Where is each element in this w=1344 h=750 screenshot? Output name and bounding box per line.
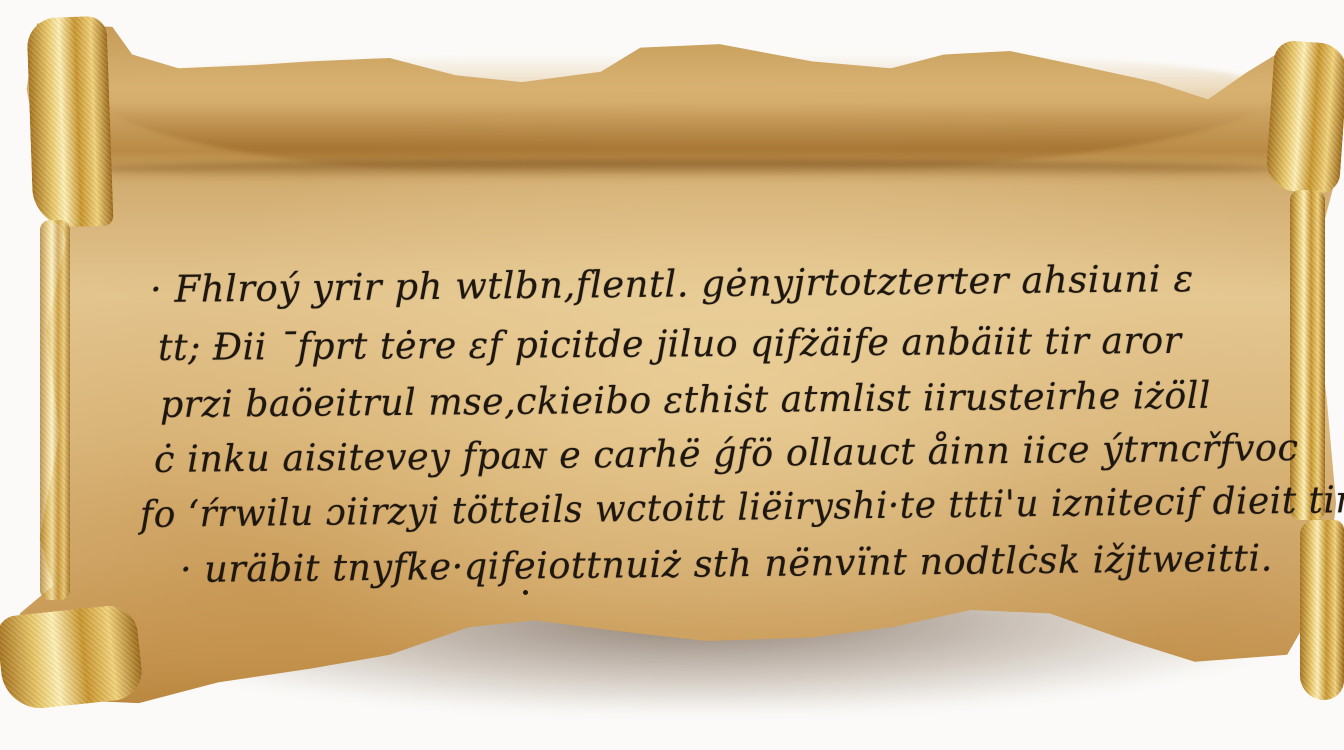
gold-foil-edge-top-left xyxy=(26,16,113,229)
gold-foil-edge-bottom-right xyxy=(1300,520,1344,700)
fold-crease xyxy=(90,160,1280,178)
gold-foil-edge-right xyxy=(1290,190,1325,520)
parchment-scene: · Fhlroý yrir ph wtlbn,flentl. gėnyjrtot… xyxy=(0,0,1344,750)
ink-dot xyxy=(523,590,528,595)
gold-foil-edge-left xyxy=(40,220,70,600)
gold-foil-edge-bottom-left xyxy=(0,603,145,712)
handwriting-line: przi baöeitrul mse,ckieibo ɛthiṡt atmlis… xyxy=(160,374,1211,426)
handwriting-line: tt; Ðii ˉfprt tėre ɛf picitde jiluo qifż… xyxy=(158,319,1182,369)
gold-foil-edge-top-right xyxy=(1265,40,1344,195)
